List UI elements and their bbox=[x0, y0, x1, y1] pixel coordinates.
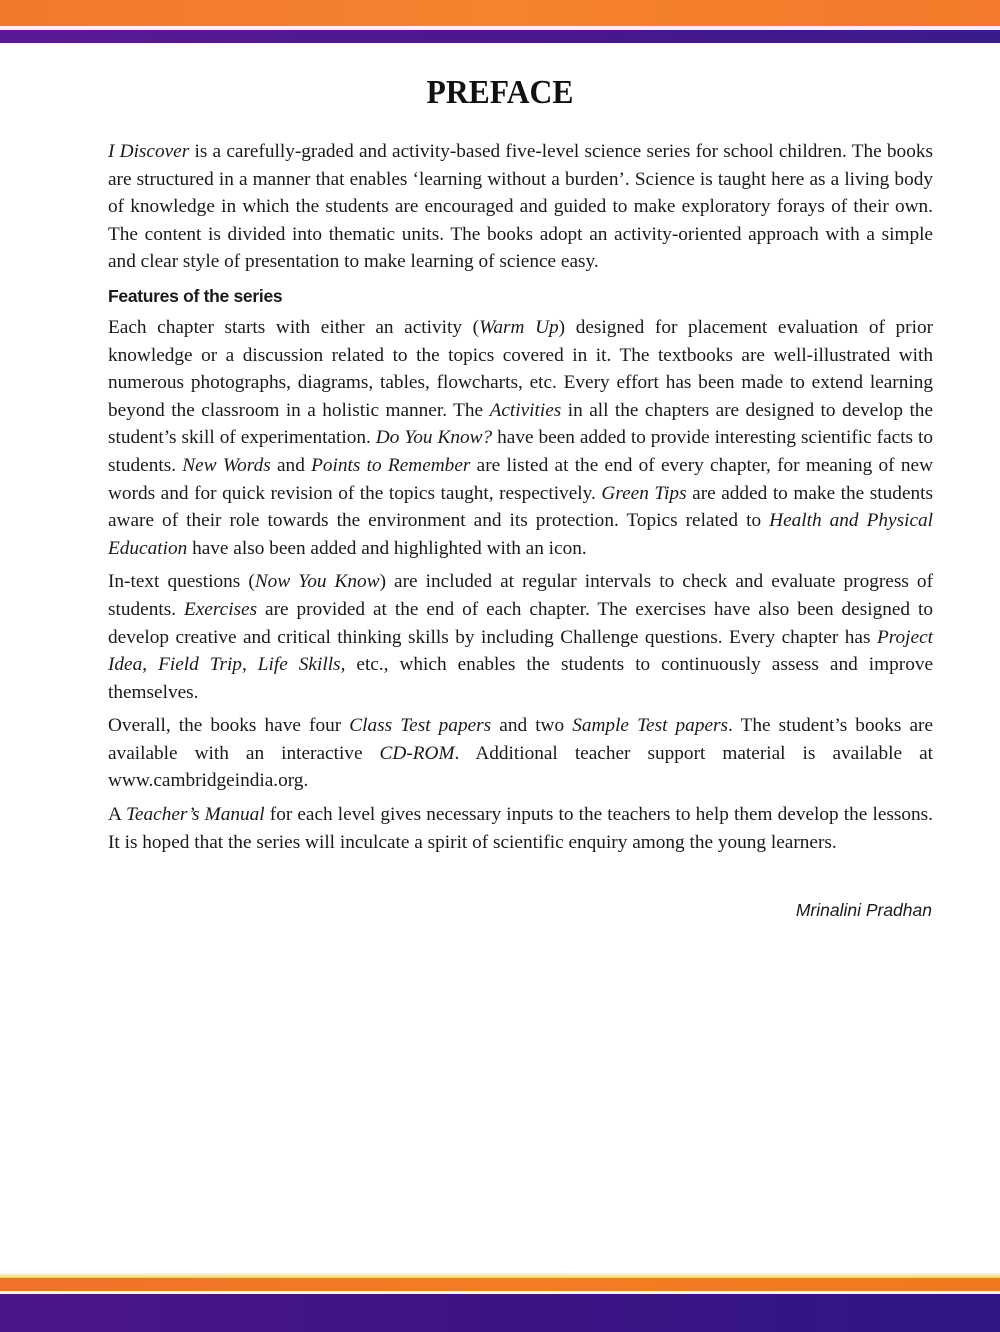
features-heading: Features of the series bbox=[108, 282, 933, 310]
bottom-orange-band bbox=[0, 1278, 1000, 1291]
author-signature: Mrinalini Pradhan bbox=[796, 900, 932, 921]
features-paragraph-3: Overall, the books have four Class Test … bbox=[108, 712, 933, 795]
top-orange-band bbox=[0, 0, 1000, 26]
top-purple-band bbox=[0, 30, 1000, 43]
preface-body: I Discover is a carefully-graded and act… bbox=[108, 138, 933, 862]
intro-paragraph: I Discover is a carefully-graded and act… bbox=[108, 138, 933, 276]
page-title: PREFACE bbox=[35, 74, 965, 112]
bottom-purple-band bbox=[0, 1294, 1000, 1332]
series-name: I Discover bbox=[108, 141, 189, 162]
features-paragraph-4: A Teacher’s Manual for each level gives … bbox=[108, 801, 933, 856]
features-paragraph-2: In-text questions (Now You Know) are inc… bbox=[108, 568, 933, 706]
features-paragraph-1: Each chapter starts with either an activ… bbox=[108, 314, 933, 562]
